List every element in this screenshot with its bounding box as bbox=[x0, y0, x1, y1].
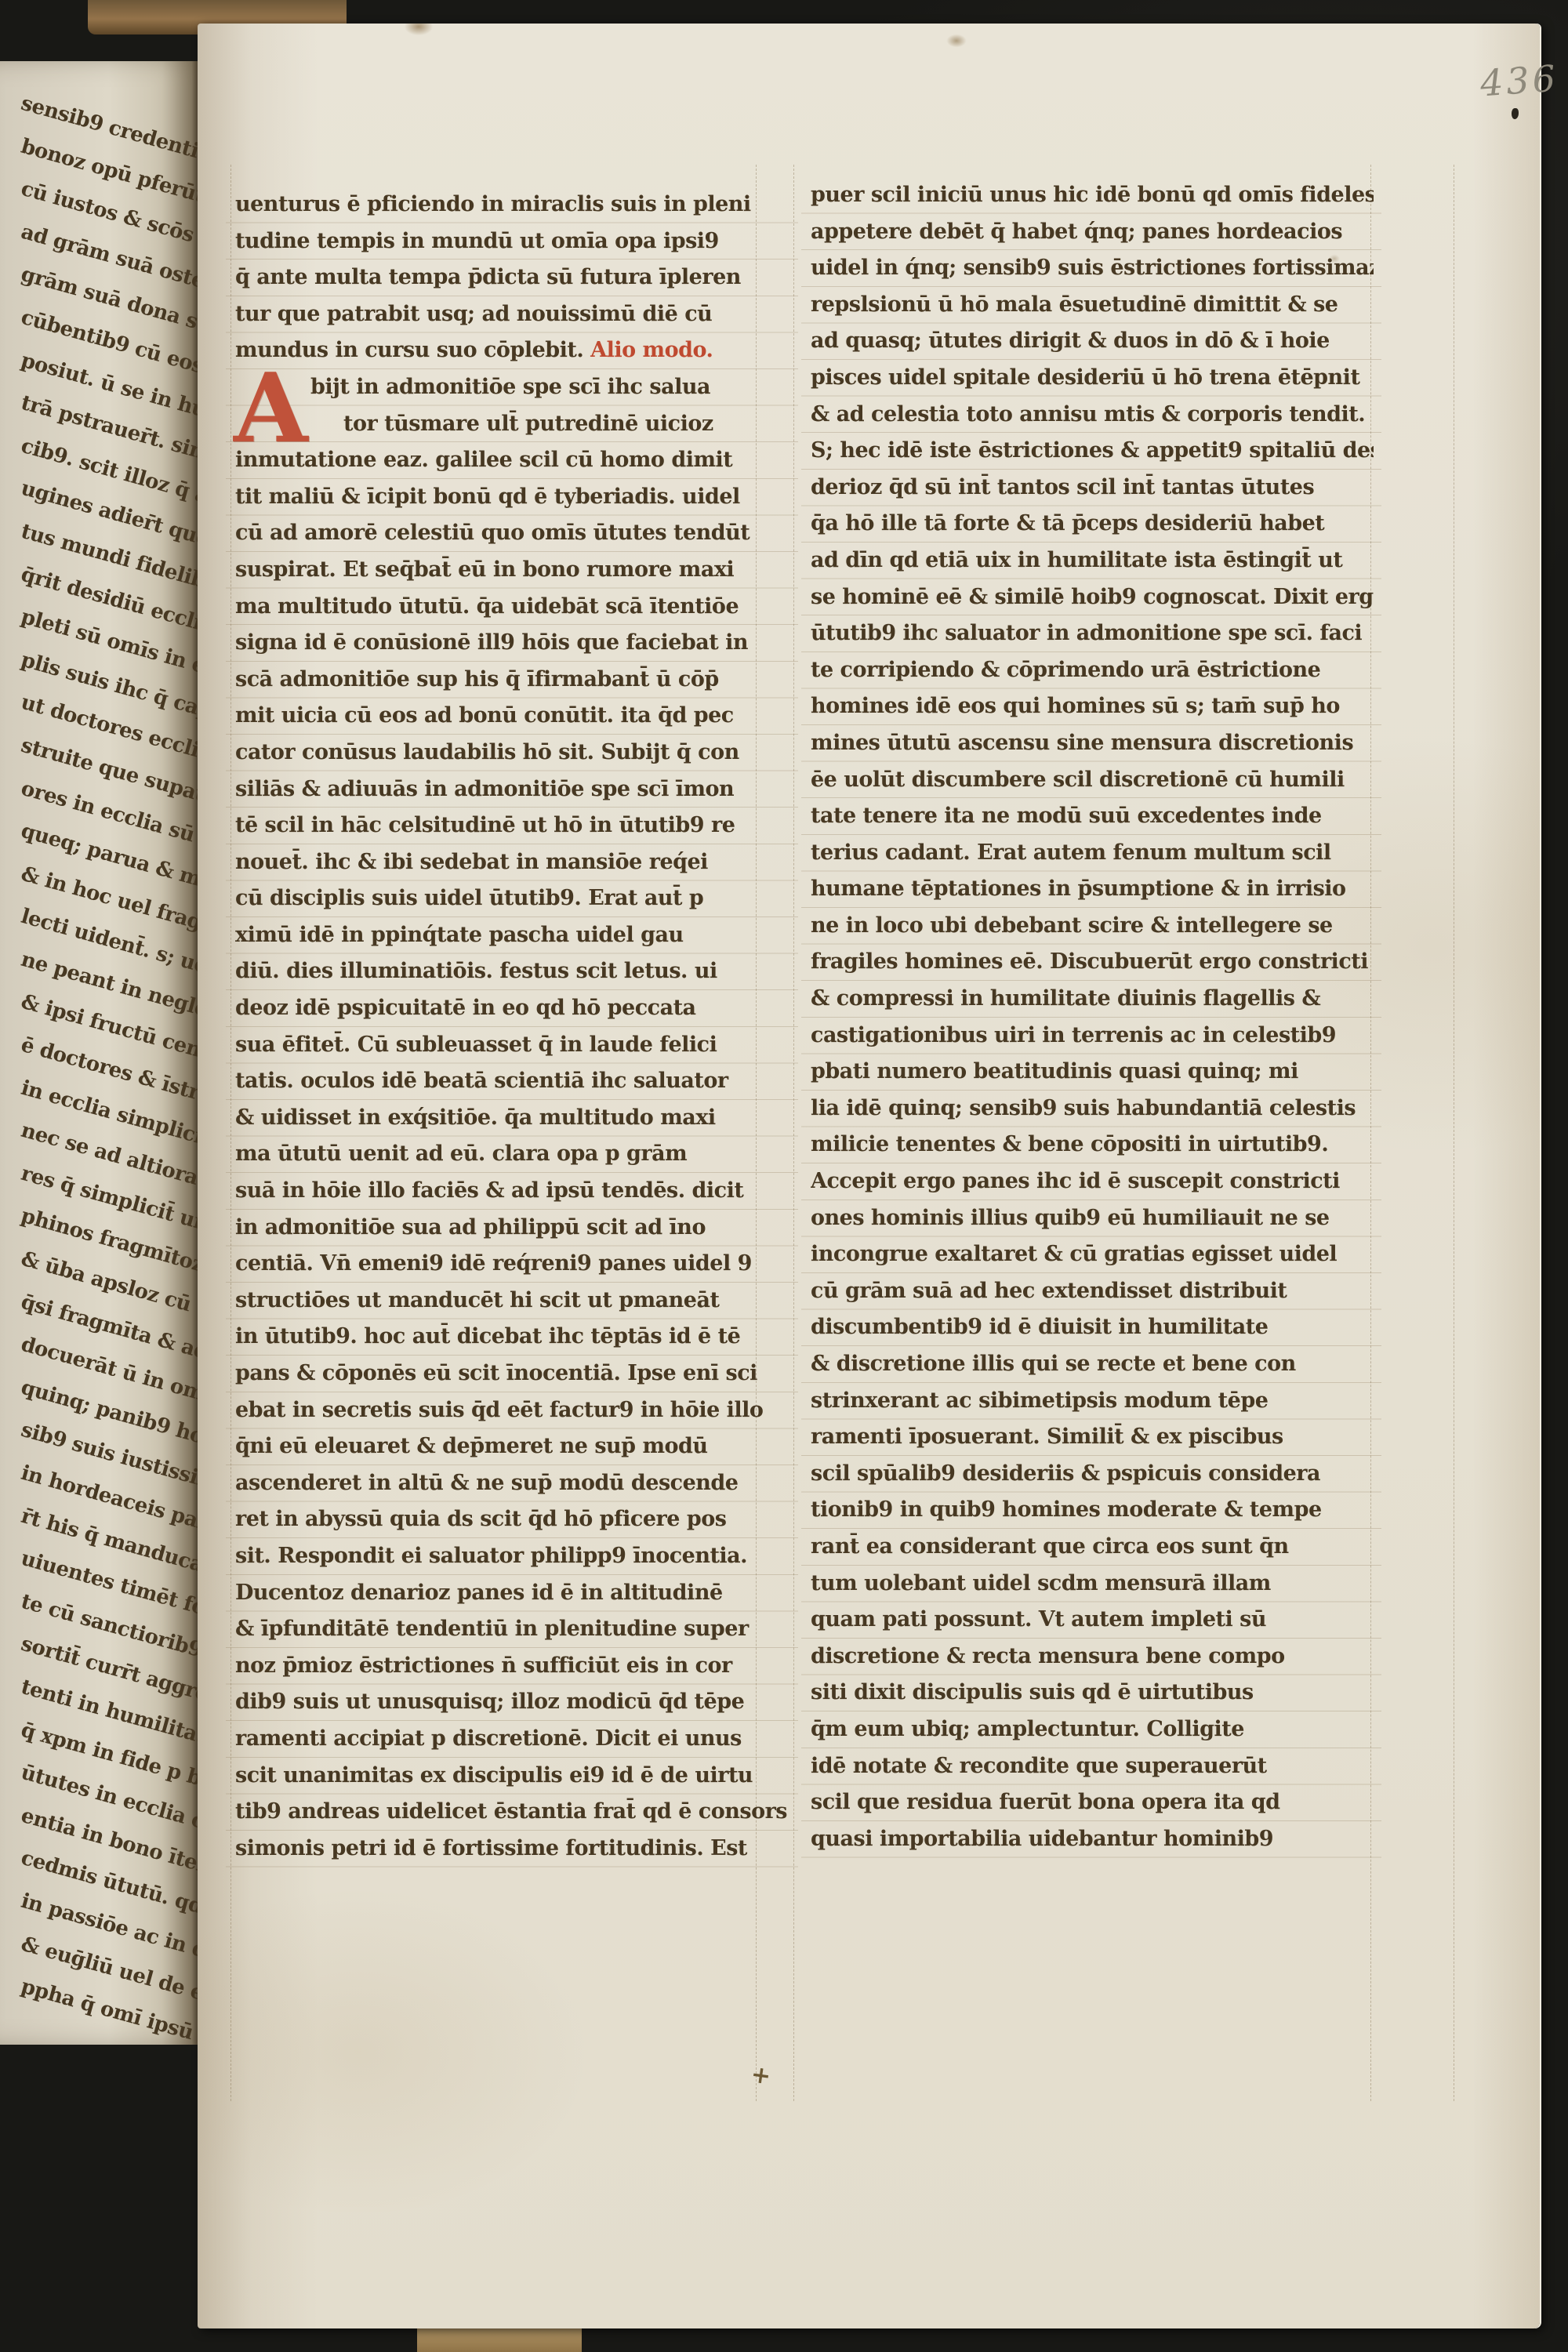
left-column-text-line: tib9 andreas uidelicet ēstantia frat̄ qd… bbox=[235, 1794, 790, 1831]
right-column-text-line: strinxerant ac sibimetipsis modum tēpe bbox=[811, 1383, 1374, 1420]
text-segment: tor tūsmare ult̄ putredinē uicioz bbox=[343, 412, 713, 436]
photograph-of-manuscript: { "folio": { "number": "436" }, "colors"… bbox=[0, 0, 1568, 2352]
left-column-text-line: scit unanimitas ex discipulis ei9 id ē d… bbox=[235, 1758, 790, 1795]
right-column-text-line: q̄a hō ille tā forte & tā p̄ceps desider… bbox=[811, 506, 1374, 543]
edge-notch bbox=[1512, 108, 1519, 119]
left-column-text-line: structiōes ut manducēt hi scit ut pmaneā… bbox=[235, 1283, 790, 1319]
left-column-text-line: mundus in cursu suo cōplebit. Alio modo. bbox=[235, 332, 790, 369]
rubric-text: Alio modo. bbox=[583, 338, 713, 362]
left-column-text-line: ebat in secretis suis q̄d eēt factur9 in… bbox=[235, 1392, 790, 1429]
right-column-text-line: appetere debēt q̄ habet q́nq; panes hord… bbox=[811, 214, 1374, 251]
right-column-text-line: tionib9 in quib9 homines moderate & temp… bbox=[811, 1492, 1374, 1529]
right-column-text-line: quam pati possunt. Vt autem impleti sū bbox=[811, 1602, 1374, 1639]
previous-page-strip: sensib9 credentiū īnumerabilbonoz opū pf… bbox=[0, 61, 198, 2045]
left-column-text-line: ascenderet in altū & ne sup̄ modū descen… bbox=[235, 1465, 790, 1502]
left-column-text-line: in admonitiōe sua ad philippū scit ad īn… bbox=[235, 1210, 790, 1247]
left-column-text-line: tur que patrabit usq; ad nouissimū diē c… bbox=[235, 296, 790, 333]
left-column-text-line: suspirat. Et seq̄bat̄ eū in bono rumore … bbox=[235, 552, 790, 589]
right-column-text-line: terius cadant. Erat autem fenum multum s… bbox=[811, 835, 1374, 872]
left-column-text-line: tudine tempis in mundū ut omīa opa ipsi9 bbox=[235, 223, 790, 260]
right-column-text-line: humane tēptationes in p̄sumptione & in i… bbox=[811, 871, 1374, 908]
vertical-rule-right-2 bbox=[1454, 165, 1454, 2101]
vertical-rule-gutter-2 bbox=[793, 165, 794, 2101]
left-column-text-line: Ducentoz denarioz panes id ē in altitudi… bbox=[235, 1575, 790, 1612]
right-column-text-line: incongrue exaltaret & cū gratias egisset… bbox=[811, 1236, 1374, 1273]
left-column-text-line: & īpfunditātē tendentiū in plenitudine s… bbox=[235, 1611, 790, 1648]
left-column-text-line: q̄ni eū eleuaret & dep̄meret ne sup̄ mod… bbox=[235, 1428, 790, 1465]
right-column-text-line: puer scil iniciū unus hic idē bonū qd om… bbox=[811, 177, 1374, 214]
left-column-text-line: nouet̄. ihc & ibi sedebat in mansiōe req… bbox=[235, 844, 790, 881]
manuscript-page: 436 A uenturus ē pficiendo in miraclis s… bbox=[198, 24, 1540, 2328]
cross-mark: + bbox=[750, 2060, 773, 2090]
left-column-text-line: ret in abyssū quia ds scit q̄d hō pficer… bbox=[235, 1501, 790, 1538]
right-column-text-line: derioz q̄d sū int̄ tantos scil int̄ tant… bbox=[811, 470, 1374, 506]
left-column-text-line: noz p̄mioz ēstrictiones n̄ sufficiūt eis… bbox=[235, 1648, 790, 1685]
left-column-text-line: uenturus ē pficiendo in miraclis suis in… bbox=[235, 187, 790, 223]
left-column-text-line: ximū idē in ppinq́tate pascha uidel gau bbox=[235, 917, 790, 954]
left-column-text-line: in ūtutib9. hoc aut̄ dicebat ihc tēptās … bbox=[235, 1319, 790, 1356]
left-column-text-line: diū. dies illuminatiōis. festus scit let… bbox=[235, 953, 790, 990]
right-column-text-line: uidel in q́nq; sensib9 suis ēstrictiones… bbox=[811, 250, 1374, 287]
right-column-text-line: idē notate & recondite que superauerūt bbox=[811, 1748, 1374, 1785]
left-column-text-line: signa id ē conūsionē ill9 hōis que facie… bbox=[235, 625, 790, 662]
left-column-text-line: deoz idē pspicuitatē in eo qd hō peccata bbox=[235, 990, 790, 1027]
left-column-text-line: sua ēfitet̄. Cū subleuasset q̄ in laude … bbox=[235, 1027, 790, 1064]
left-column-text-line: centiā. Vn̄ emeni9 idē req́reni9 panes u… bbox=[235, 1246, 790, 1283]
right-column-text-line: mines ūtutū ascensu sine mensura discret… bbox=[811, 725, 1374, 762]
left-column-text-line: q̄ ante multa tempa p̄dicta sū futura īp… bbox=[235, 260, 790, 296]
right-column-text-line: cū grām suā ad hec extendisset distribui… bbox=[811, 1273, 1374, 1310]
right-column-text-line: & compressi in humilitate diuinis flagel… bbox=[811, 981, 1374, 1018]
left-column-text-line: tit maliū & īcipit bonū qd ē tyberiadis.… bbox=[235, 479, 790, 516]
left-column-text-line: ma ūtutū uenit ad eū. clara opa p grām bbox=[235, 1136, 790, 1173]
right-column-text-line: ēe uolūt discumbere scil discretionē cū … bbox=[811, 762, 1374, 799]
right-column-text-line: te corripiendo & cōprimendo urā ēstricti… bbox=[811, 652, 1374, 689]
left-column-text-line: tē scil in hāc celsitudinē ut hō in ūtut… bbox=[235, 808, 790, 844]
right-text-column: puer scil iniciū unus hic idē bonū qd om… bbox=[811, 177, 1374, 1857]
right-column-text-line: S; hec idē iste ēstrictiones & appetit9 … bbox=[811, 433, 1374, 470]
right-column-text-line: tate tenere ita ne modū suū excedentes i… bbox=[811, 798, 1374, 835]
right-column-text-line: siti dixit discipulis suis qd ē uirtutib… bbox=[811, 1675, 1374, 1711]
right-column-text-line: scil que residua fuerūt bona opera ita q… bbox=[811, 1784, 1374, 1821]
right-column-text-line: ūtutib9 ihc saluator in admonitione spe … bbox=[811, 615, 1374, 652]
right-column-text-line: pbati numero beatitudinis quasi quinq; m… bbox=[811, 1054, 1374, 1091]
right-column-text-line: tum uolebant uidel scdm mensurā illam bbox=[811, 1566, 1374, 1602]
left-column-text-line: cator conūsus laudabilis hō sit. Subijt … bbox=[235, 735, 790, 771]
left-column-text-line: cū disciplis suis uidel ūtutib9. Erat au… bbox=[235, 880, 790, 917]
left-column-text-line: scā admonitiōe sup his q̄ īfirmabant̄ ū … bbox=[235, 662, 790, 699]
right-column-text-line: scil spūalib9 desideriis & pspicuis cons… bbox=[811, 1456, 1374, 1493]
right-column-text-line: lia idē quinq; sensib9 suis habundantiā … bbox=[811, 1091, 1374, 1127]
left-column-text-line: ma multitudo ūtutū. q̄a uidebāt scā īten… bbox=[235, 589, 790, 626]
right-column-text-line: ones hominis illius quib9 eū humiliauit … bbox=[811, 1200, 1374, 1237]
vertical-rule-left bbox=[230, 165, 231, 2101]
left-column-text-line: bijt in admonitiōe spe scī ihc salua bbox=[235, 369, 790, 406]
right-column-text-line: ad dīn qd etiā uix in humilitate ista ēs… bbox=[811, 543, 1374, 579]
right-column-text-line: Accepit ergo panes ihc id ē suscepit con… bbox=[811, 1163, 1374, 1200]
right-column-text-line: discretione & recta mensura bene compo bbox=[811, 1639, 1374, 1675]
previous-page-text: sensib9 credentiū īnumerabilbonoz opū pf… bbox=[20, 82, 198, 2008]
right-column-text-line: ne in loco ubi debebant scire & intelleg… bbox=[811, 908, 1374, 945]
right-column-text-line: discumbentib9 id ē diuisit in humilitate bbox=[811, 1309, 1374, 1346]
left-column-text-line: cū ad amorē celestiū quo omīs ūtutes ten… bbox=[235, 515, 790, 552]
text-segment: bijt in admonitiōe spe scī ihc salua bbox=[310, 375, 710, 399]
right-column-text-line: ramenti īposuerant. Similit̄ & ex piscib… bbox=[811, 1419, 1374, 1456]
right-column-text-line: castigationibus uiri in terrenis ac in c… bbox=[811, 1018, 1374, 1054]
right-column-text-line: milicie tenentes & bene cōpositi in uirt… bbox=[811, 1127, 1374, 1163]
right-column-text-line: repslsionū ū hō mala ēsuetudinē dimittit… bbox=[811, 287, 1374, 324]
left-column-text-line: pans & cōponēs eū scit īnocentiā. Ipse e… bbox=[235, 1356, 790, 1392]
right-column-text-line: quasi importabilia uidebantur hominib9 bbox=[811, 1821, 1374, 1858]
left-text-column: uenturus ē pficiendo in miraclis suis in… bbox=[235, 187, 790, 1867]
right-column-text-line: & ad celestia toto annisu mtis & corpori… bbox=[811, 397, 1374, 434]
right-column-text-line: pisces uidel spitale desideriū ū hō tren… bbox=[811, 360, 1374, 397]
left-column-text-line: tor tūsmare ult̄ putredinē uicioz bbox=[235, 406, 790, 443]
text-segment: mundus in cursu suo cōplebit. bbox=[235, 338, 583, 362]
left-column-text-line: & uidisset in exq́sitiōe. q̄a multitudo … bbox=[235, 1100, 790, 1137]
left-column-text-line: inmutatione eaz. galilee scil cū homo di… bbox=[235, 442, 790, 479]
left-column-text-line: dib9 suis ut unusquisq; illoz modicū q̄d… bbox=[235, 1684, 790, 1721]
folio-number: 436 bbox=[1479, 57, 1559, 105]
right-column-text-line: & discretione illis qui se recte et bene… bbox=[811, 1346, 1374, 1383]
left-column-text-line: mit uicia cū eos ad bonū conūtit. ita q̄… bbox=[235, 698, 790, 735]
left-column-text-line: siliās & adiuuās in admonitiōe spe scī ī… bbox=[235, 771, 790, 808]
left-column-text-line: suā in hōie illo faciēs & ad ipsū tendēs… bbox=[235, 1173, 790, 1210]
right-column-text-line: homines idē eos qui homines sū s; tam̄ s… bbox=[811, 688, 1374, 725]
left-column-text-line: simonis petri id ē fortissime fortitudin… bbox=[235, 1831, 790, 1867]
right-column-text-line: rant̄ ea considerant que circa eos sunt … bbox=[811, 1529, 1374, 1566]
right-column-text-line: se hominē eē & similē hoib9 cognoscat. D… bbox=[811, 579, 1374, 616]
left-column-text-line: tatis. oculos idē beatā scientiā ihc sal… bbox=[235, 1063, 790, 1100]
left-column-text-line: sit. Respondit ei saluator philipp9 īnoc… bbox=[235, 1538, 790, 1575]
right-column-text-line: q̄m eum ubiq; amplectuntur. Colligite bbox=[811, 1711, 1374, 1748]
left-column-text-line: ramenti accipiat p discretionē. Dicit ei… bbox=[235, 1721, 790, 1758]
right-column-text-line: fragiles homines eē. Discubuerūt ergo co… bbox=[811, 944, 1374, 981]
right-column-text-line: ad quasq; ūtutes dirigit & duos in dō & … bbox=[811, 323, 1374, 360]
